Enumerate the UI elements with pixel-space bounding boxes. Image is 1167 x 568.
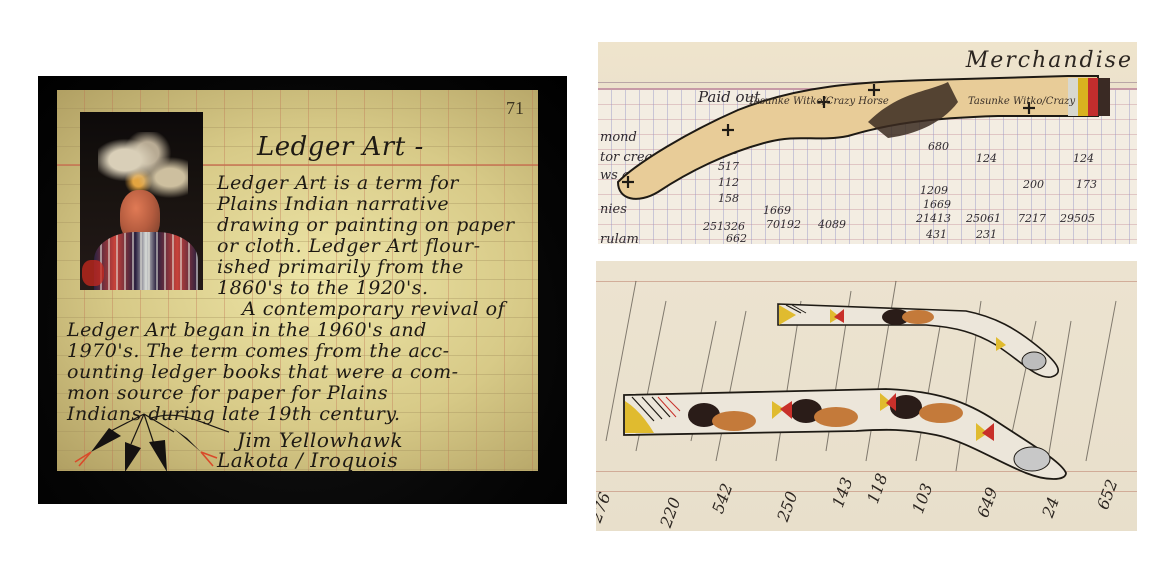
pipe-label: Tasunke Witko/Crazy xyxy=(968,96,1075,107)
ledger-page: 71 Ledger Art - Ledger Art is a term for… xyxy=(57,90,538,471)
portrait-regalia xyxy=(94,232,198,290)
text-line: A contemporary revival of xyxy=(242,298,505,320)
page-number: 71 xyxy=(506,98,524,119)
crazy-horse-pipe-ledger-photo: Merchandise Paid out mond tor cream ws a… xyxy=(598,42,1137,244)
feather-fan-icon xyxy=(69,410,229,471)
pipe-label: Tasunke Witko/Crazy Horse xyxy=(748,96,889,107)
text-line: Ledger Art began in the 1960's and xyxy=(67,319,427,341)
text-line: ounting ledger books that were a com- xyxy=(67,361,459,383)
text-line: mon source for paper for Plains xyxy=(67,382,388,404)
buffalo-pipe-stems-ledger-photo: 276 220 542 250 143 118 103 649 24 652 xyxy=(596,261,1137,531)
text-line: 1970's. The term comes from the acc- xyxy=(67,340,450,362)
signature-affiliation: Lakota / Iroquois xyxy=(217,448,398,471)
text-line: drawing or painting on paper xyxy=(217,214,515,236)
text-line: or cloth. Ledger Art flour- xyxy=(217,235,481,257)
portrait-photo xyxy=(80,112,203,290)
text-line: ished primarily from the xyxy=(217,256,464,278)
text-line: Ledger Art is a term for xyxy=(217,172,459,194)
pipe-stem-drawing: Tasunke Witko/Crazy Horse Tasunke Witko/… xyxy=(598,42,1137,244)
text-line: Plains Indian narrative xyxy=(217,193,449,215)
handwritten-title: Ledger Art - xyxy=(257,132,424,162)
red-handprint xyxy=(82,260,104,286)
text-line: 1860's to the 1920's. xyxy=(217,277,429,299)
ledger-art-photo-frame: 71 Ledger Art - Ledger Art is a term for… xyxy=(38,76,567,504)
